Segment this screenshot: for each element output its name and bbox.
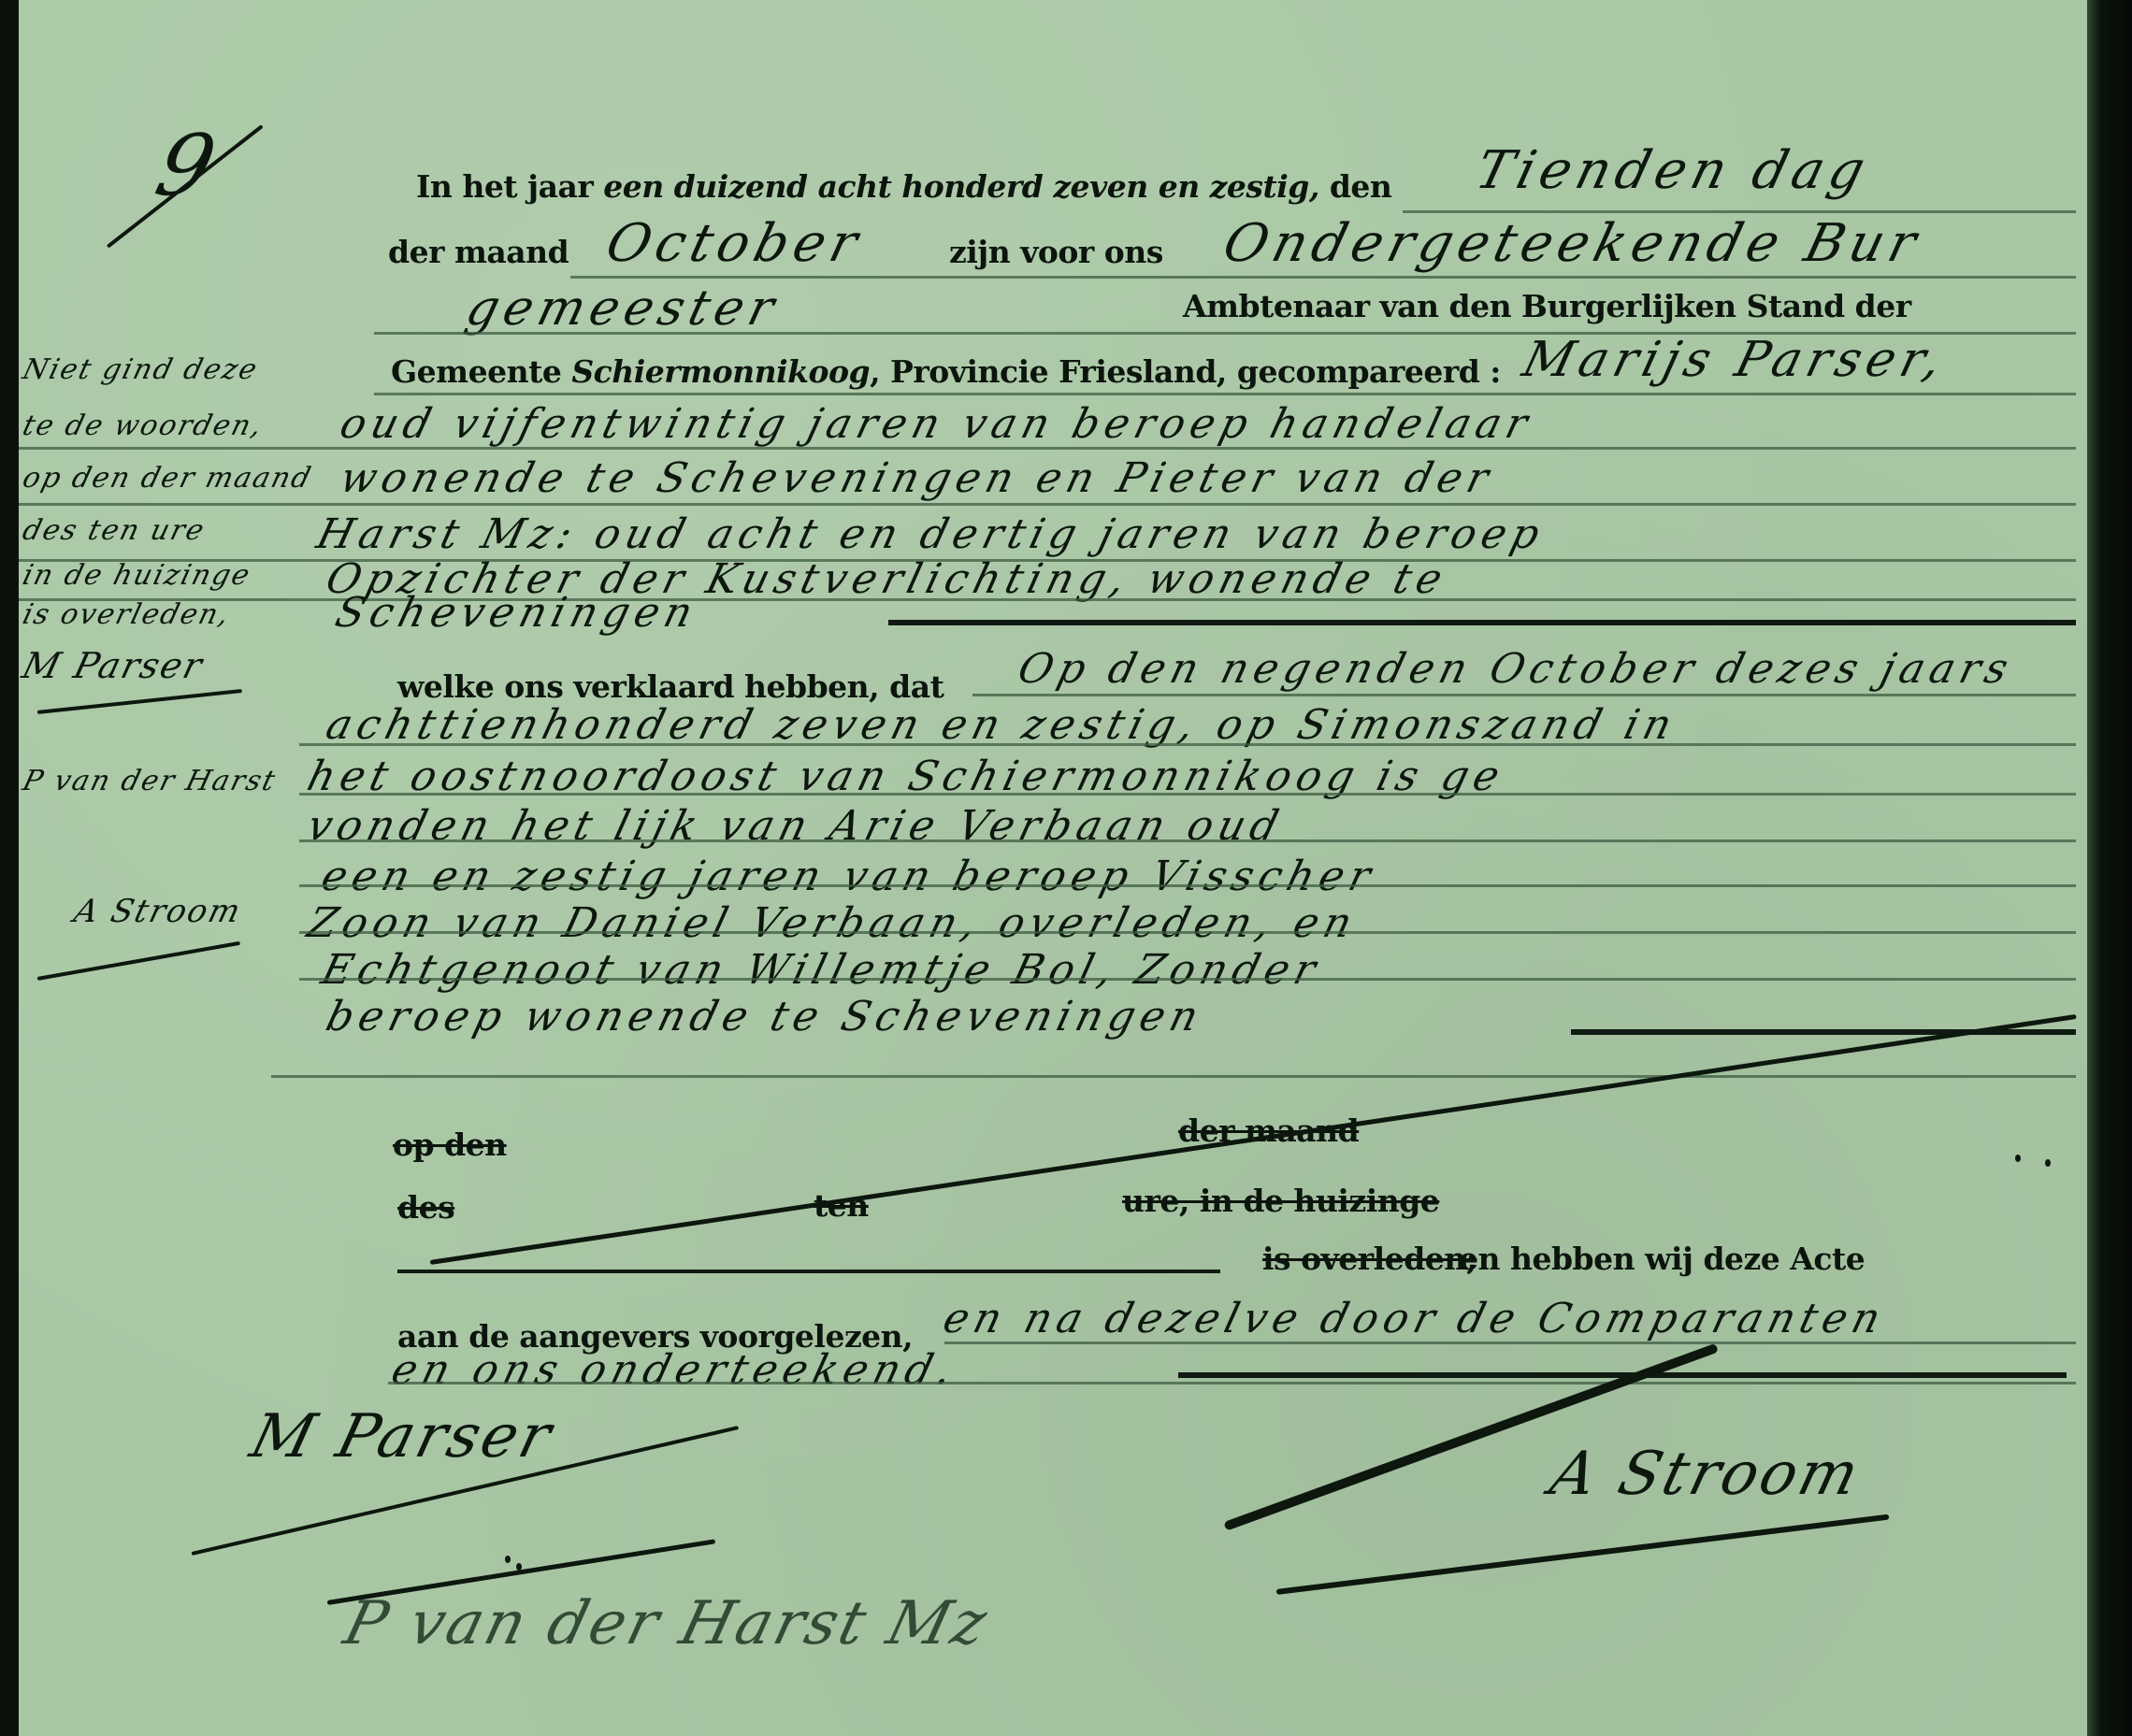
margin-underline (37, 941, 240, 981)
printed-year-words: een duizend acht honderd zeven en zestig… (603, 168, 1319, 205)
margin-note-1: te de woorden, (20, 409, 267, 442)
handwritten-month: October (600, 213, 869, 274)
rule-s2 (299, 743, 2076, 746)
printed-welke: welke ons verklaard hebben, dat (397, 668, 944, 705)
handwritten-line-e: Scheveningen (331, 589, 703, 637)
signature-left-lower: P van der Harst Mz (338, 1589, 996, 1658)
signature-left: M Parser (244, 1402, 561, 1471)
rule-a (374, 393, 2076, 395)
rule-s6 (299, 931, 2076, 934)
printed-gemeente-name: Schiermonnikoog (571, 353, 870, 390)
signature-dot-1 (505, 1556, 511, 1563)
rule-e (19, 598, 2076, 601)
margin-note-5: is overleden, (20, 598, 235, 631)
handwritten-statement-4: vonden het lijk van Arie Verbaan oud (303, 802, 1289, 850)
margin-note-3: des ten ure (20, 514, 209, 547)
rule-s5 (299, 884, 2076, 887)
printed-struck-des: des (397, 1189, 454, 1226)
signature-dot-2 (516, 1563, 522, 1571)
printed-gemeente-line: Gemeente Schiermonnikoog, Provincie Frie… (391, 353, 1501, 390)
handwritten-statement-2: achttienhonderd zeven en zestig, op Simo… (322, 701, 1682, 749)
signature-right: A Stroom (1544, 1440, 1868, 1509)
handwritten-official-1: Ondergeteekende Bur (1217, 213, 1928, 274)
handwritten-statement-8: beroep wonende te Scheveningen (322, 993, 1209, 1040)
rule-c (19, 503, 2076, 506)
handwritten-comparant-1: Marijs Parser, (1518, 332, 1953, 388)
printed-year-line: In het jaar een duizend acht honderd zev… (416, 168, 1391, 205)
handwritten-official-2: gemeester (461, 280, 785, 337)
rule-month (570, 276, 2076, 279)
rule-c1 (944, 1341, 2076, 1344)
handwritten-line-c: Harst Mz: oud acht en dertig jaren van b… (312, 510, 1550, 558)
signature-right-underline (1276, 1514, 1890, 1595)
rule-s4 (299, 839, 2076, 842)
handwritten-line-a: oud vijfentwintig jaren van beroep hande… (336, 400, 1538, 448)
page-binding-edge (2087, 0, 2132, 1736)
margin-initials-2: P van der Harst (20, 765, 281, 797)
margin-initials-3: A Stroom (70, 893, 246, 930)
handwritten-closing-2: en ons onderteekend. (387, 1346, 962, 1394)
printed-struck-ure: ure, in de huizinge (1122, 1183, 1439, 1219)
handwritten-statement-6: Zoon van Daniel Verbaan, overleden, en (303, 899, 1362, 947)
margin-flourish (37, 689, 242, 714)
printed-struck-op-den: op den (393, 1126, 507, 1163)
rule-s7 (299, 978, 2076, 981)
printed-en-hebben: en hebben wij deze Acte (1459, 1241, 1865, 1277)
rule-s1 (972, 694, 2076, 696)
ink-speck-1 (2015, 1155, 2021, 1162)
rule-b (19, 447, 2076, 450)
handwritten-day: Tienden dag (1470, 140, 1877, 201)
margin-note-2: op den der maand (20, 462, 316, 495)
diagonal-cancel-line (430, 1014, 2077, 1265)
record-number: 9 (147, 117, 227, 215)
handwritten-statement-5: een en zestig jaren van beroep Visscher (317, 853, 1381, 900)
rule-struck (397, 1270, 1220, 1273)
printed-struck-is-overleden: is overleden; (1262, 1241, 1477, 1277)
handwritten-statement-7: Echtgenoot van Willemtje Bol, Zonder (317, 946, 1326, 994)
handwritten-line-b: wonende te Scheveningen en Pieter van de… (336, 454, 1499, 502)
margin-initials-1: M Parser (19, 645, 209, 686)
rule-s3 (299, 793, 2076, 796)
rule-e-end (888, 620, 2076, 625)
printed-ambtenaar: Ambtenaar van den Burgerlijken Stand der (1183, 288, 1911, 324)
margin-note-0: Niet gind deze (20, 353, 262, 386)
rule-c2 (388, 1382, 2076, 1384)
margin-note-4: in de huizinge (20, 559, 255, 592)
registry-page: 9 In het jaar een duizend acht honderd z… (19, 0, 2102, 1736)
ink-speck-2 (2045, 1159, 2051, 1167)
rule-s9 (271, 1075, 2076, 1078)
printed-zijn-voor-ons: zijn voor ons (949, 234, 1163, 270)
handwritten-statement-1: Op den negenden October dezes jaars (1014, 645, 2019, 693)
handwritten-closing-1: en na dezelve door de Comparanten (939, 1295, 1891, 1342)
printed-der-maand: der maand (388, 234, 569, 270)
